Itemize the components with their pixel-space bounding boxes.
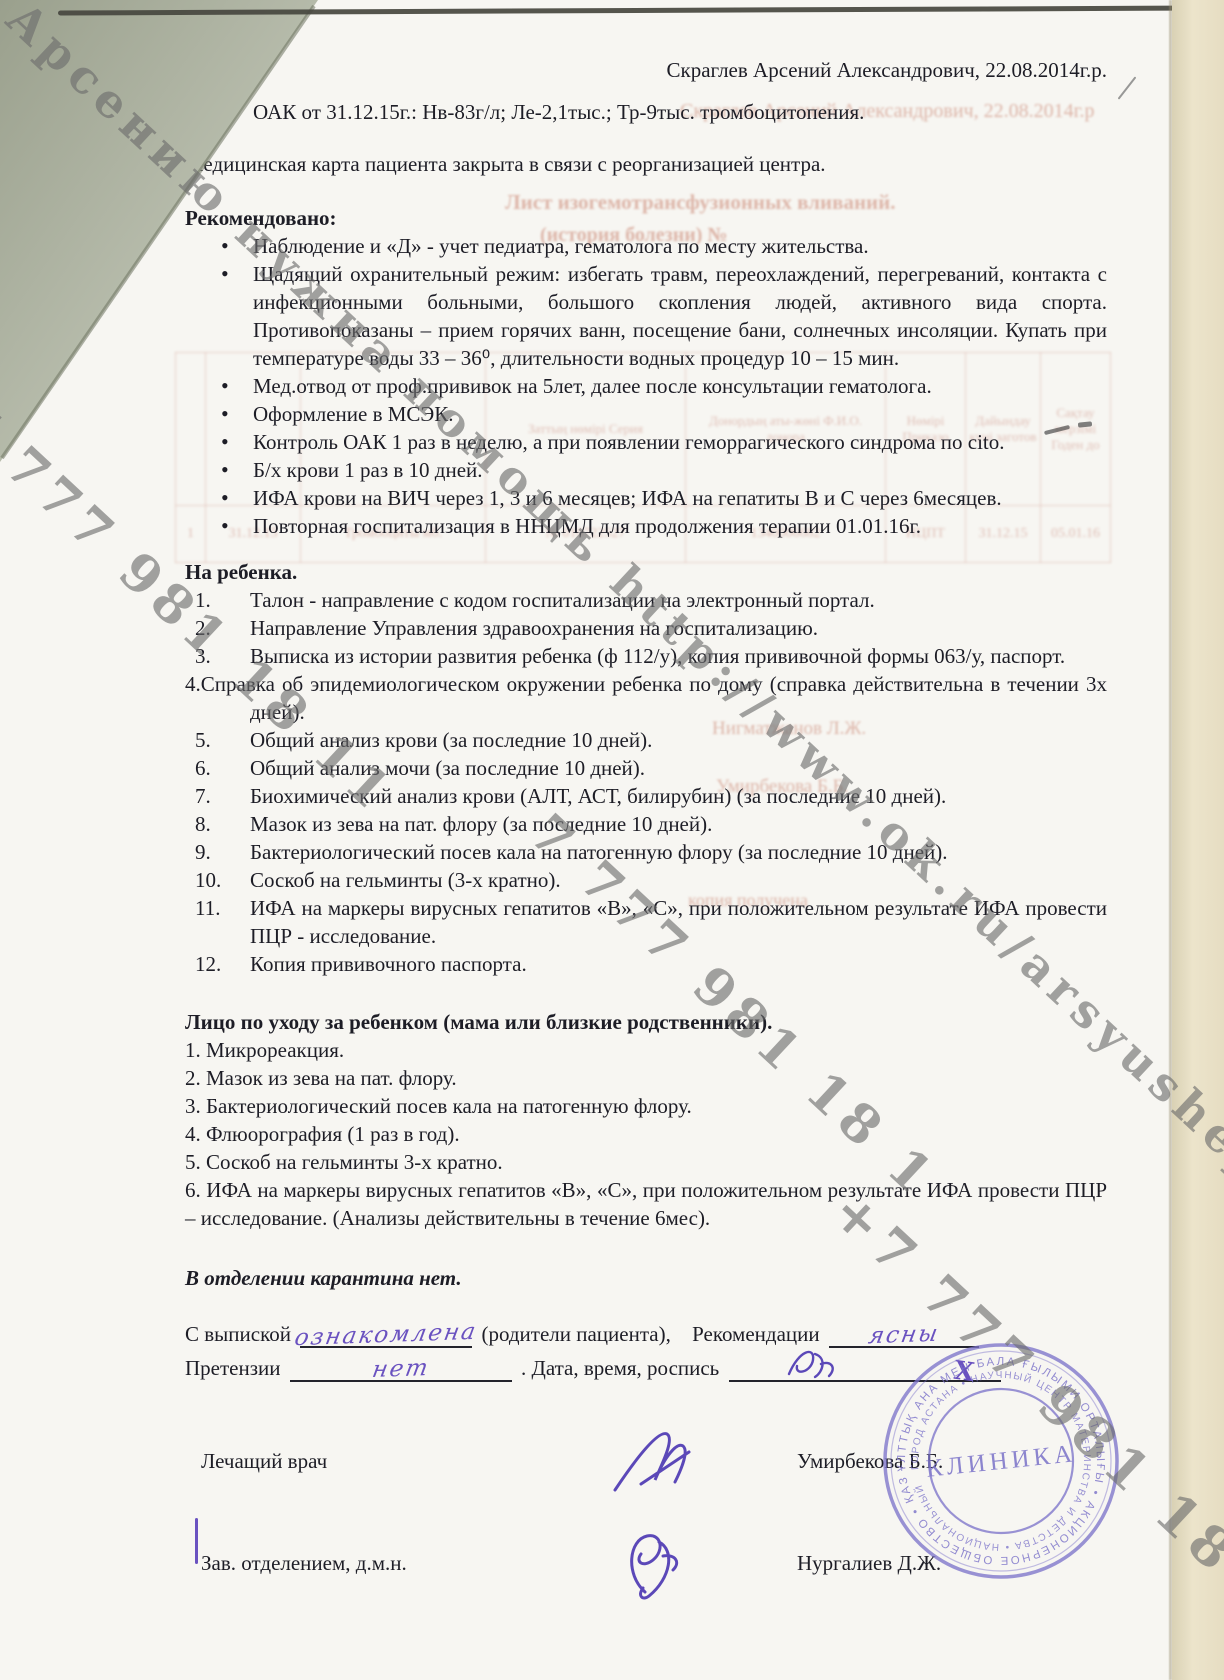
item-number: 10. xyxy=(195,866,221,894)
recommended-item: ИФА крови на ВИЧ через 1, 3 и 6 месяцев;… xyxy=(185,484,1107,512)
doctor-label: Лечащий врач xyxy=(201,1447,601,1475)
caregiver-item: 1. Микрореакция. xyxy=(185,1036,1107,1064)
item-text: Талон - направление с кодом госпитализац… xyxy=(250,588,875,612)
vypiska-blank-line: ознакомлена xyxy=(300,1324,472,1348)
pretenzii-label: Претензии xyxy=(185,1354,281,1382)
doctor-signature xyxy=(601,1426,731,1496)
vypiska-label: С выписк­ой xyxy=(185,1320,291,1348)
scanner-bed-strip xyxy=(1172,0,1224,1680)
scanned-medical-document: Скраглев Арсений Александрович, 22.08.20… xyxy=(0,0,1224,1680)
item-number: 12. xyxy=(195,950,221,978)
date-time-signature-label: . Дата, время, роспись xyxy=(521,1354,719,1382)
item-text: Направление Управления здравоохранения н… xyxy=(250,616,818,640)
item-number: 5. xyxy=(195,726,211,754)
item-text: Соскоб на гельминты (3-х кратно). xyxy=(250,868,561,892)
parents-label: (родители пациента), xyxy=(481,1320,670,1348)
parent-signature-squiggle xyxy=(785,1344,845,1382)
caregiver-item: 2. Мазок из зева на пат. флору. xyxy=(185,1064,1107,1092)
item-text: Мазок из зева на пат. флору (за последни… xyxy=(250,812,712,836)
pen-slash-mark xyxy=(1118,76,1137,99)
caregiver-item: 6. ИФА на маркеры вирусных гепатитов «В»… xyxy=(185,1176,1107,1232)
item-text: Копия прививочного паспорта. xyxy=(250,952,527,976)
handwriting-none: нет xyxy=(370,1354,432,1384)
head-label: Зав. отделением, д.м.н. xyxy=(201,1549,601,1577)
child-item: 3.Выписка из истории развития ребенка (ф… xyxy=(185,642,1107,670)
item-number: 7. xyxy=(195,782,211,810)
child-item: 8.Мазок из зева на пат. флору (за послед… xyxy=(185,810,1107,838)
caregiver-list: 1. Микрореакция. 2. Мазок из зева на пат… xyxy=(185,1036,1107,1232)
child-item: 9.Бактериологический посев кала на патог… xyxy=(185,838,1107,866)
handwriting-familiarized: ознакомлена xyxy=(293,1318,480,1352)
caregiver-item: 4. Флюорография (1 раз в год). xyxy=(185,1120,1107,1148)
stamp-center-text: КЛИНИКА xyxy=(925,1440,1078,1483)
head-signature xyxy=(601,1526,731,1600)
item-number: 6. xyxy=(195,754,211,782)
item-number: 11. xyxy=(195,894,220,922)
caregiver-item: 5. Соскоб на гельминты 3-х кратно. xyxy=(185,1148,1107,1176)
item-number: 9. xyxy=(195,838,211,866)
recommended-item: Повторная госпитализация в ННЦМД для про… xyxy=(185,512,1107,540)
caregiver-title: Лицо по уходу за ребенком (мама или близ… xyxy=(185,1008,1107,1036)
item-number: 8. xyxy=(195,810,211,838)
pretenzii-blank-line: нет xyxy=(290,1358,512,1382)
caregiver-item: 3. Бактериологический посев кала на пато… xyxy=(185,1092,1107,1120)
ink-tick-mark xyxy=(195,1518,198,1564)
